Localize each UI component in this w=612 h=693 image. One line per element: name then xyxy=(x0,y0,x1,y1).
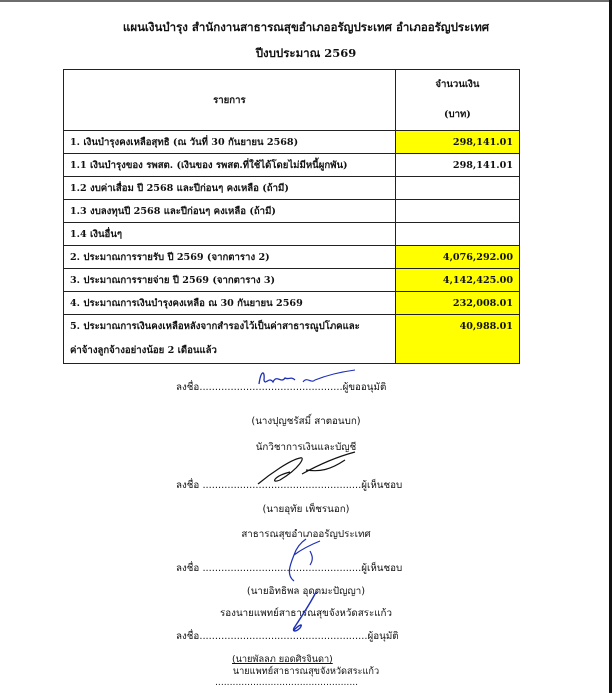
table-row: 1. เงินบำรุงคงเหลือสุทธิ (ณ วันที่ 30 กั… xyxy=(64,131,520,154)
table-row: 1.1 เงินบำรุงของ รพสต. (เงินของ รพสต.ที่… xyxy=(64,154,520,177)
sign-dots: ........................................… xyxy=(199,480,361,491)
row-label: 5. ประมาณการเงินคงเหลือหลังจากสำรองไว้เป… xyxy=(64,315,396,364)
sign-prefix: ลงชื่อ xyxy=(176,382,199,393)
sign-role: ผู้เห็นชอบ xyxy=(361,563,402,574)
row-label: 2. ประมาณการรายรับ ปี 2569 (จากตาราง 2) xyxy=(64,246,396,269)
header-amount-unit: (บาท) xyxy=(402,100,513,130)
document-title: แผนเงินบำรุง สำนักงานสาธารณสุขอำเภออรัญป… xyxy=(0,19,612,37)
trailing-dots: ........................................… xyxy=(215,677,358,688)
table-row: 3. ประมาณการรายจ่าย ปี 2569 (จากตาราง 3)… xyxy=(64,269,520,292)
row-amount xyxy=(395,200,519,223)
table-row: 5. ประมาณการเงินคงเหลือหลังจากสำรองไว้เป… xyxy=(64,315,520,364)
sign-dots: ........................................… xyxy=(199,563,361,574)
row-amount xyxy=(395,223,519,246)
header-amount-label: จำนวนเงิน xyxy=(402,70,513,100)
signature-line-approver-1: ลงชื่อ .................................… xyxy=(176,478,402,493)
sign-prefix: ลงชื่อ xyxy=(176,480,199,491)
row-amount: 4,076,292.00 xyxy=(395,246,519,269)
sign-role: ผู้อนุมัติ xyxy=(368,631,399,642)
handwritten-signature-3 xyxy=(276,535,336,585)
row-amount: 232,008.01 xyxy=(395,292,519,315)
fiscal-year-title: ปีงบประมาณ 2569 xyxy=(0,45,612,63)
row-label-line1: 5. ประมาณการเงินคงเหลือหลังจากสำรองไว้เป… xyxy=(70,315,389,339)
sign-role: ผู้เห็นชอบ xyxy=(361,480,402,491)
table-row: 4. ประมาณการเงินบำรุงคงเหลือ ณ 30 กันยาย… xyxy=(64,292,520,315)
page-top-edge xyxy=(0,0,612,2)
table-row: 1.4 เงินอื่นๆ xyxy=(64,223,520,246)
sign-dots: ........................................… xyxy=(199,631,367,642)
header-amount: จำนวนเงิน (บาท) xyxy=(395,70,519,131)
signer-name-1: (นางปุญชรัสมิ์ สาตอนบก) xyxy=(0,414,612,429)
header-item: รายการ xyxy=(64,70,396,131)
row-label: 4. ประมาณการเงินบำรุงคงเหลือ ณ 30 กันยาย… xyxy=(64,292,396,315)
budget-plan-table: รายการ จำนวนเงิน (บาท) 1. เงินบำรุงคงเหล… xyxy=(63,69,520,364)
row-label: 1.2 งบค่าเสื่อม ปี 2568 และปีก่อนๆ คงเหล… xyxy=(64,177,396,200)
row-label: 1.4 เงินอื่นๆ xyxy=(64,223,396,246)
signature-line-final-approver: ลงชื่อ..................................… xyxy=(176,629,399,644)
row-label: 1.1 เงินบำรุงของ รพสต. (เงินของ รพสต.ที่… xyxy=(64,154,396,177)
sign-prefix: ลงชื่อ xyxy=(176,631,199,642)
table-row: 1.2 งบค่าเสื่อม ปี 2568 และปีก่อนๆ คงเหล… xyxy=(64,177,520,200)
row-label-line2: ค่าจ้างลูกจ้างอย่างน้อย 2 เดือนแล้ว xyxy=(70,339,389,363)
row-amount: 298,141.01 xyxy=(395,131,519,154)
signature-line-approver-2: ลงชื่อ .................................… xyxy=(176,561,402,576)
sign-prefix: ลงชื่อ xyxy=(176,563,199,574)
row-amount: 298,141.01 xyxy=(395,154,519,177)
table-row: 2. ประมาณการรายรับ ปี 2569 (จากตาราง 2) … xyxy=(64,246,520,269)
row-label: 1. เงินบำรุงคงเหลือสุทธิ (ณ วันที่ 30 กั… xyxy=(64,131,396,154)
table-header-row: รายการ จำนวนเงิน (บาท) xyxy=(64,70,520,131)
row-amount: 40,988.01 xyxy=(395,315,519,364)
row-label: 1.3 งบลงทุนปี 2568 และปีก่อนๆ คงเหลือ (ถ… xyxy=(64,200,396,223)
table-row: 1.3 งบลงทุนปี 2568 และปีก่อนๆ คงเหลือ (ถ… xyxy=(64,200,520,223)
row-label: 3. ประมาณการรายจ่าย ปี 2569 (จากตาราง 3) xyxy=(64,269,396,292)
row-amount: 4,142,425.00 xyxy=(395,269,519,292)
row-amount xyxy=(395,177,519,200)
handwritten-signature-1 xyxy=(255,366,365,392)
signer-name-2: (นายอุทัย เพ็ชรนอก) xyxy=(0,502,612,517)
